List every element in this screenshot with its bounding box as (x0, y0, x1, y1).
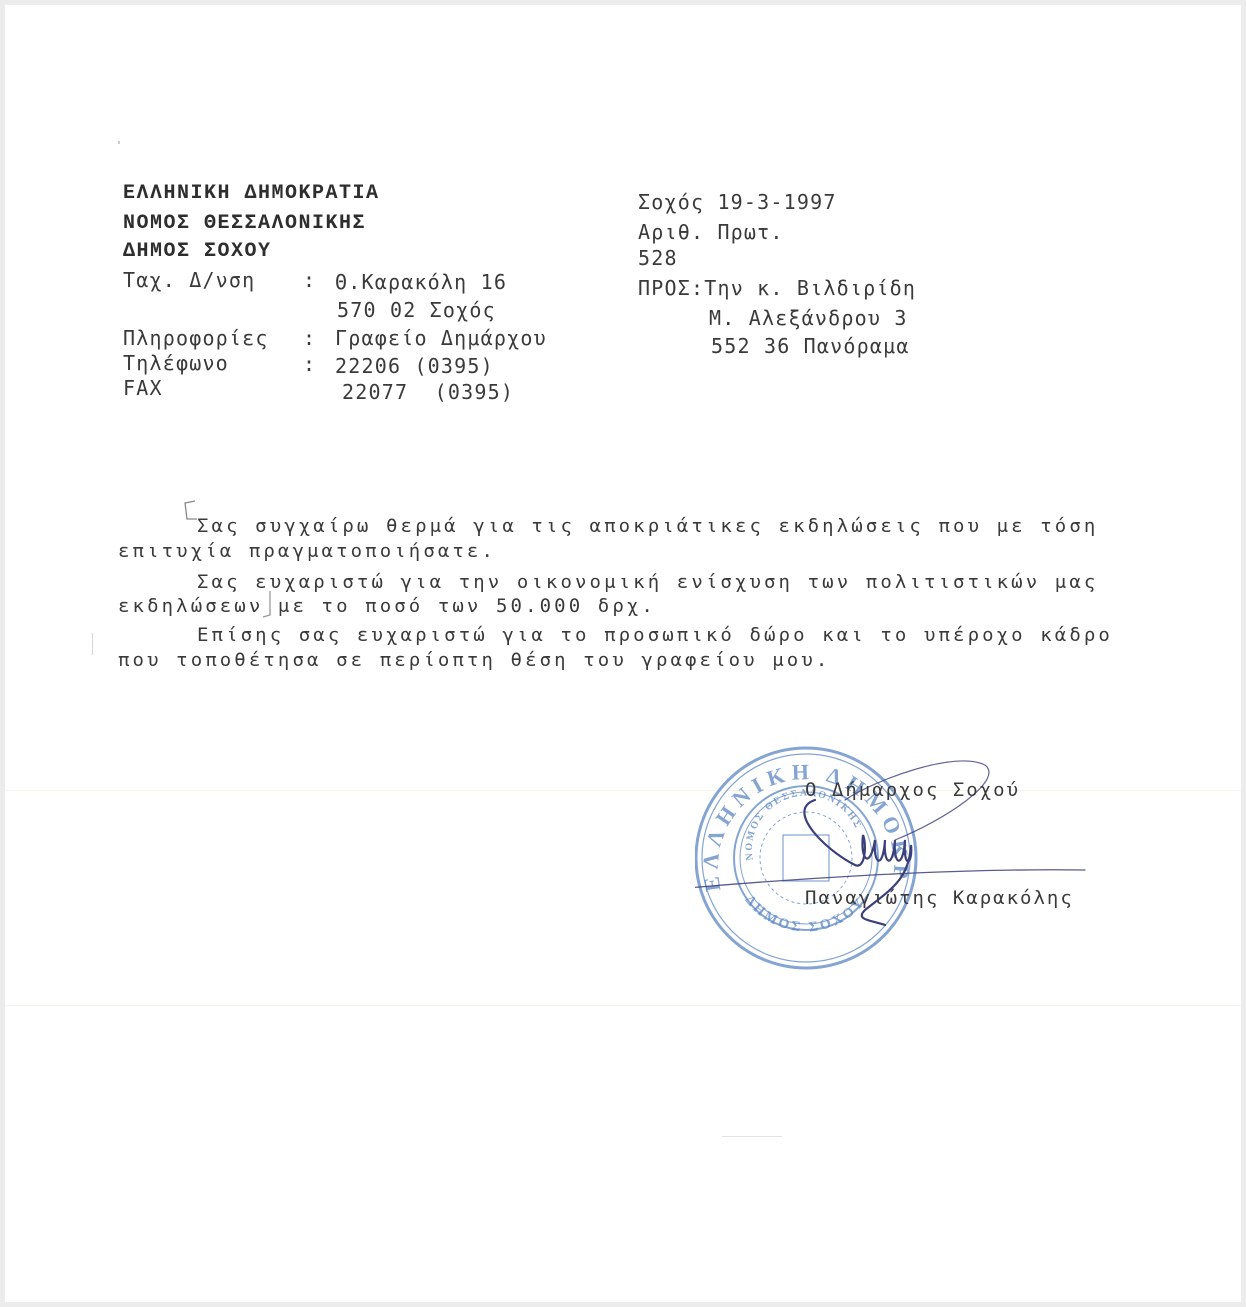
address-separator: : (303, 267, 316, 293)
scan-artifact (722, 1136, 782, 1137)
recipient-city: 552 36 Πανόραμα (711, 333, 910, 359)
fax-label: FAX (123, 375, 163, 401)
address-line1: Θ.Καρακόλη 16 (335, 269, 507, 295)
address-line2: 570 02 Σοχός (337, 297, 496, 323)
info-label: Πληροφορίες (123, 325, 269, 351)
scan-artifact (5, 1005, 1241, 1006)
phone-label: Τηλέφωνο (123, 350, 229, 376)
recipient-street: Μ. Αλεξάνδρου 3 (709, 305, 908, 331)
body-line-4: εκδηλώσεων με το ποσό των 50.000 δρχ. (118, 593, 656, 619)
phone-value: 22206 (0395) (335, 353, 494, 379)
to-label: ΠΡΟΣ: (638, 276, 704, 300)
info-value: Γραφείο Δημάρχου (335, 325, 547, 351)
body-line-3: Σας ευχαριστώ για την οικονομική ενίσχυσ… (197, 569, 1098, 595)
phone-separator: : (303, 351, 316, 377)
body-line-1: Σας συγχαίρω θερμά για τις αποκριάτικες … (197, 513, 1098, 539)
place-date: Σοχός 19-3-1997 (638, 189, 837, 215)
signatory-name: Παναγιώτης Καρακόλης (805, 885, 1074, 911)
body-line-2: επιτυχία πραγματοποιήσατε. (118, 538, 496, 564)
margin-mark (92, 633, 93, 655)
recipient-name: Την κ. Βιλδιρίδη (704, 276, 916, 300)
recipient-line: ΠΡΟΣ:Την κ. Βιλδιρίδη (638, 275, 916, 301)
bracket-mark-icon (181, 499, 201, 525)
scan-artifact (118, 141, 120, 144)
official-stamp-icon: ΕΛΛΗΝΙΚΗ ΔΗΜΟΚΡΑΤΙΑ ΝΟΜΟΣ ΘΕΣΣΑΛΟΝΙΚΗΣ Δ… (695, 740, 1115, 980)
fax-value: 22077 (0395) (342, 379, 514, 405)
org-line-municipality: ΔΗΜΟΣ ΣΟΧΟΥ (123, 239, 272, 265)
address-label: Ταχ. Δ/νση (123, 267, 255, 293)
body-line-6: που τοποθέτησα σε περίοπτη θέση του γραφ… (118, 647, 830, 673)
signature-block: ΕΛΛΗΝΙΚΗ ΔΗΜΟΚΡΑΤΙΑ ΝΟΜΟΣ ΘΕΣΣΑΛΟΝΙΚΗΣ Δ… (695, 740, 1115, 980)
protocol-label: Αριθ. Πρωτ. (638, 219, 784, 245)
letter-page: ΕΛΛΗΝΙΚΗ ΔΗΜΟΚΡΑΤΙΑ ΝΟΜΟΣ ΘΕΣΣΑΛΟΝΙΚΗΣ Δ… (5, 5, 1241, 1302)
org-line-republic: ΕΛΛΗΝΙΚΗ ΔΗΜΟΚΡΑΤΙΑ (123, 181, 380, 207)
protocol-number: 528 (638, 245, 678, 271)
info-separator: : (303, 325, 316, 351)
signatory-title: Ο Δήμαρχος Σοχού (805, 777, 1020, 803)
org-line-prefecture: ΝΟΜΟΣ ΘΕΣΣΑΛΟΝΙΚΗΣ (123, 211, 366, 237)
body-line-5: Επίσης σας ευχαριστώ για το προσωπικό δώ… (197, 622, 1113, 648)
bracket-mark-icon (261, 589, 275, 623)
